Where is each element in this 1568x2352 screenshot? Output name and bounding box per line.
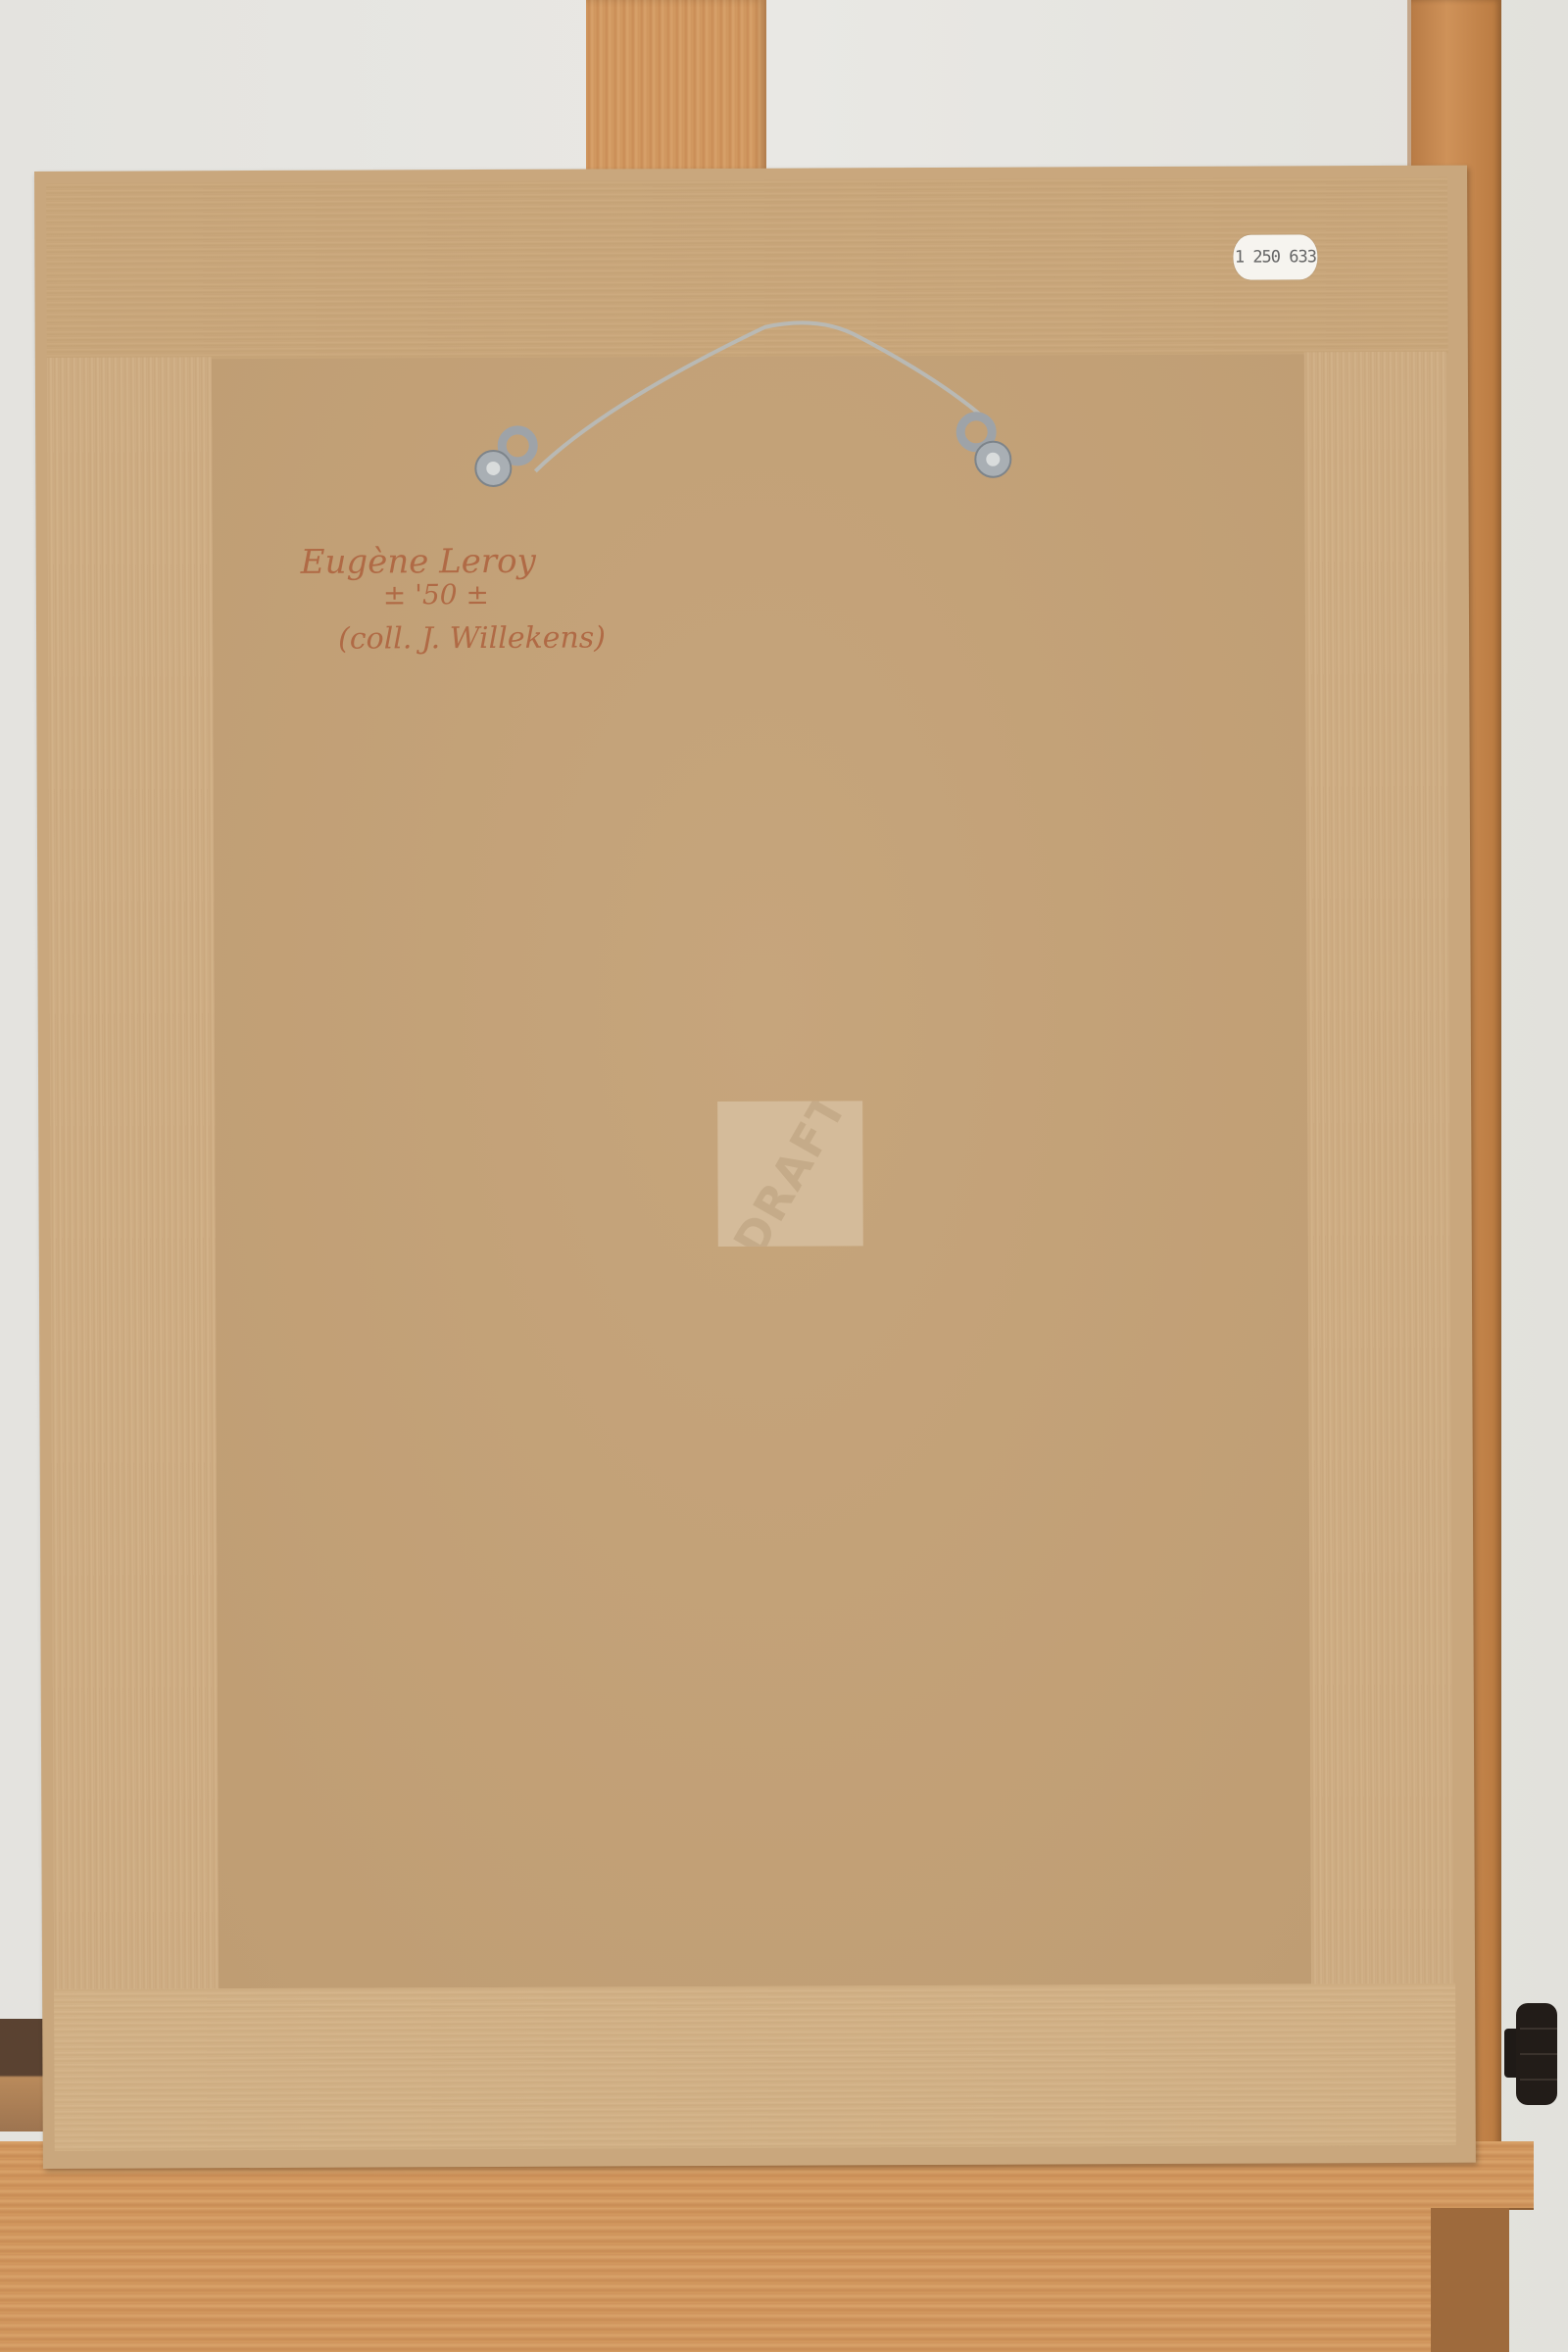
draft-watermark: DRAFT bbox=[717, 1101, 863, 1247]
inscription-collection: (coll. J. Willekens) bbox=[301, 621, 654, 656]
tension-knob-icon bbox=[1504, 1999, 1559, 2109]
inventory-label: 1 250 633 bbox=[1233, 234, 1317, 279]
kraft-tape-left bbox=[47, 357, 220, 2151]
inscription-date: ± '50 ± bbox=[301, 580, 654, 612]
watermark-text: DRAFT bbox=[723, 1101, 857, 1247]
kraft-tape-bottom bbox=[54, 1984, 1456, 2151]
inventory-number: 1 250 633 bbox=[1235, 247, 1316, 267]
artwork-back-board: 1 250 633 Eugène Leroy ± '50 ± (coll. J.… bbox=[34, 166, 1476, 2169]
inscription-artist: Eugène Leroy bbox=[301, 543, 654, 581]
easel-lower-right-post bbox=[1431, 2208, 1509, 2352]
handwritten-inscription: Eugène Leroy ± '50 ± (coll. J. Willekens… bbox=[301, 543, 654, 656]
kraft-tape-right bbox=[1304, 352, 1454, 2146]
easel-center-mast bbox=[586, 0, 766, 186]
easel-lower-frame bbox=[0, 2208, 1431, 2352]
